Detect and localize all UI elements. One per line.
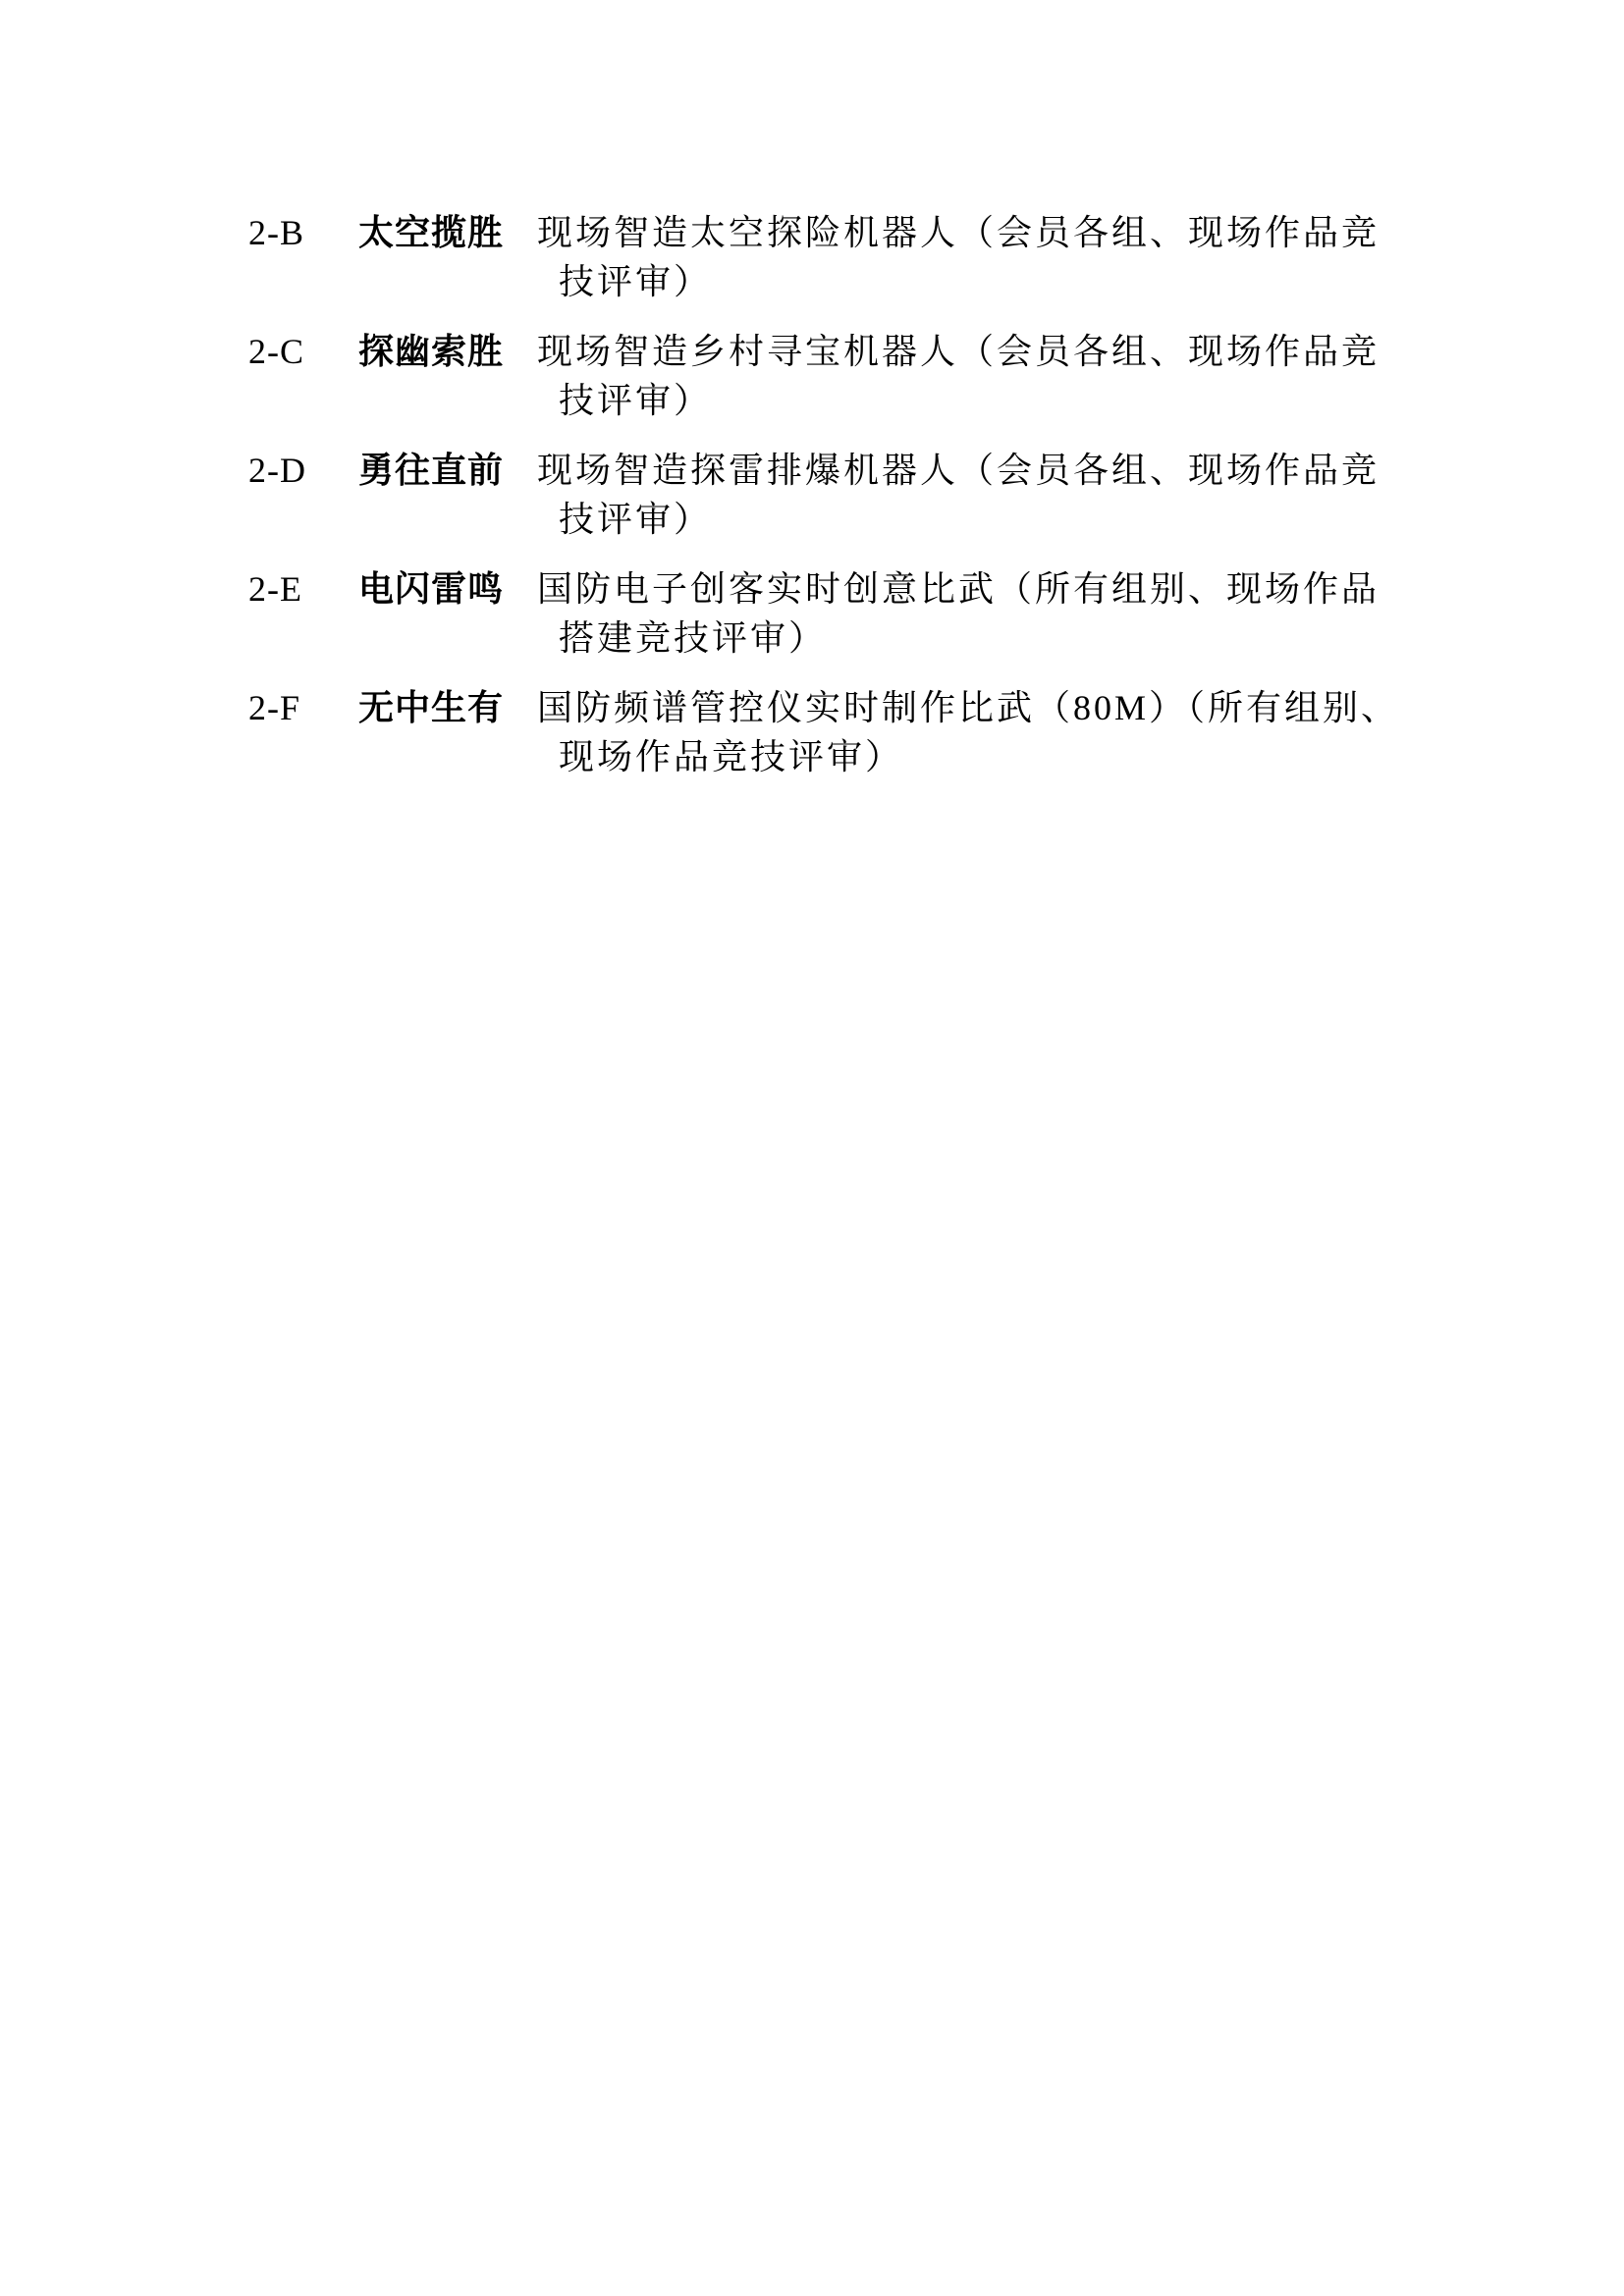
- event-row: 2-B 太空揽胜 现场智造太空探险机器人（会员各组、现场作品竞 技评审）: [248, 208, 1387, 306]
- event-description-line2: 技评审）: [537, 376, 1387, 425]
- event-code: 2-D: [248, 446, 358, 495]
- event-code: 2-B: [248, 208, 358, 257]
- event-description-line1: 现场智造探雷排爆机器人（会员各组、现场作品竞: [537, 446, 1387, 495]
- event-description-line1: 现场智造乡村寻宝机器人（会员各组、现场作品竞: [537, 327, 1387, 376]
- event-description: 现场智造太空探险机器人（会员各组、现场作品竞 技评审）: [537, 208, 1387, 306]
- event-description-line2: 搭建竞技评审）: [537, 614, 1387, 663]
- event-name: 探幽索胜: [358, 327, 537, 376]
- event-description-line2: 技评审）: [537, 495, 1387, 544]
- event-description-line1: 国防电子创客实时创意比武（所有组别、现场作品: [537, 564, 1387, 614]
- event-description-line2: 现场作品竞技评审）: [537, 732, 1399, 781]
- document-page: 2-B 太空揽胜 现场智造太空探险机器人（会员各组、现场作品竞 技评审） 2-C…: [0, 0, 1624, 2296]
- event-code: 2-C: [248, 327, 358, 376]
- event-description: 国防频谱管控仪实时制作比武（80M）（所有组别、 现场作品竞技评审）: [537, 683, 1399, 781]
- event-code: 2-F: [248, 683, 358, 732]
- event-name: 无中生有: [358, 683, 537, 732]
- event-description-line2: 技评审）: [537, 257, 1387, 306]
- event-name: 电闪雷鸣: [358, 564, 537, 614]
- event-description-line1: 国防频谱管控仪实时制作比武（80M）（所有组别、: [537, 683, 1399, 732]
- event-row: 2-E 电闪雷鸣 国防电子创客实时创意比武（所有组别、现场作品 搭建竞技评审）: [248, 564, 1387, 663]
- event-name: 勇往直前: [358, 446, 537, 495]
- event-description: 国防电子创客实时创意比武（所有组别、现场作品 搭建竞技评审）: [537, 564, 1387, 663]
- event-description-line1: 现场智造太空探险机器人（会员各组、现场作品竞: [537, 208, 1387, 257]
- event-code: 2-E: [248, 564, 358, 614]
- competition-event-list: 2-B 太空揽胜 现场智造太空探险机器人（会员各组、现场作品竞 技评审） 2-C…: [248, 208, 1387, 802]
- event-name: 太空揽胜: [358, 208, 537, 257]
- event-description: 现场智造探雷排爆机器人（会员各组、现场作品竞 技评审）: [537, 446, 1387, 544]
- event-row: 2-C 探幽索胜 现场智造乡村寻宝机器人（会员各组、现场作品竞 技评审）: [248, 327, 1387, 425]
- event-description: 现场智造乡村寻宝机器人（会员各组、现场作品竞 技评审）: [537, 327, 1387, 425]
- event-row: 2-F 无中生有 国防频谱管控仪实时制作比武（80M）（所有组别、 现场作品竞技…: [248, 683, 1387, 781]
- event-row: 2-D 勇往直前 现场智造探雷排爆机器人（会员各组、现场作品竞 技评审）: [248, 446, 1387, 544]
